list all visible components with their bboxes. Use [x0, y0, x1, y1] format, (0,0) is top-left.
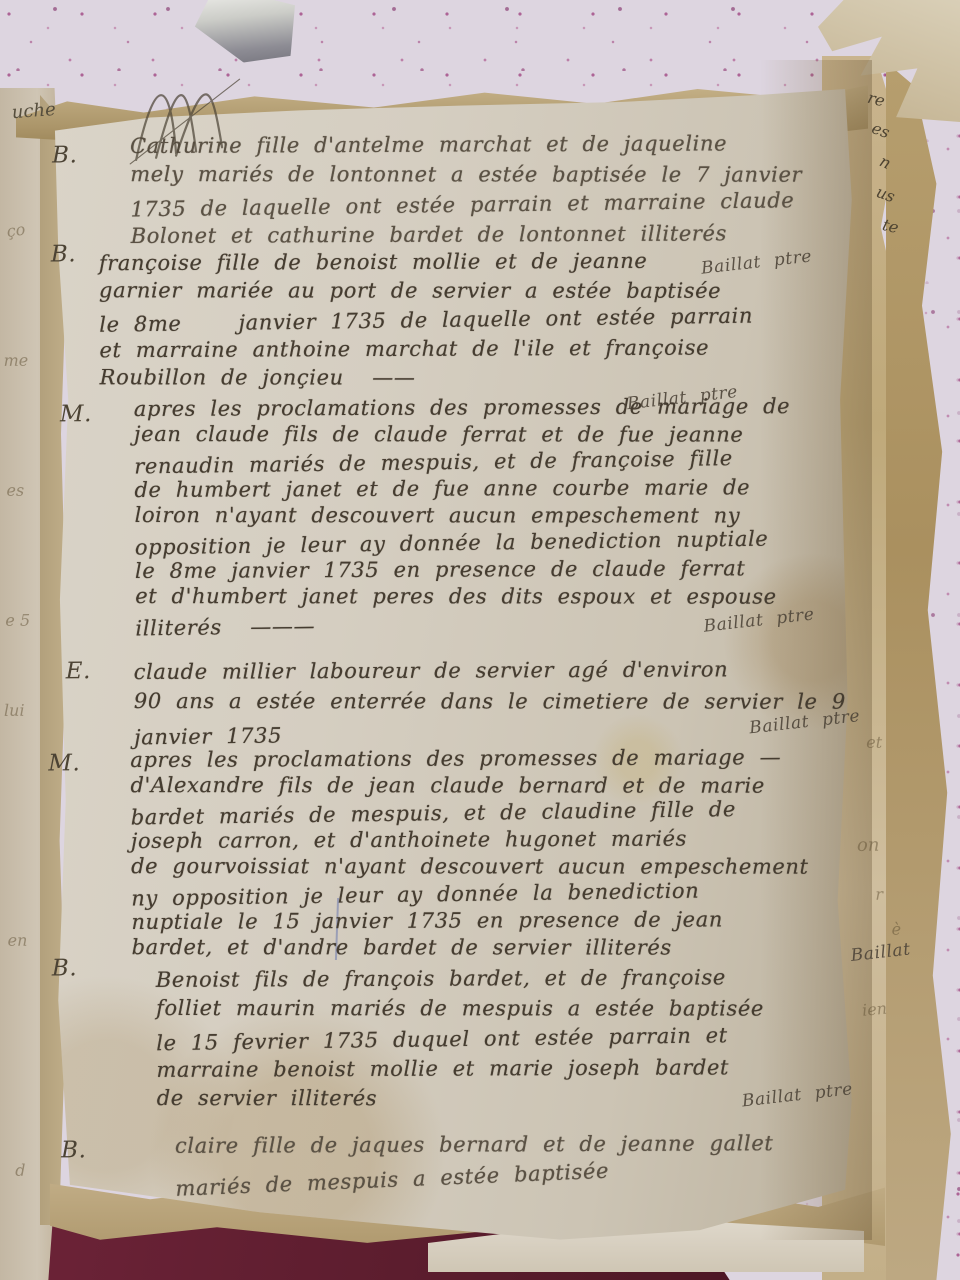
register-entry: M. apres les proclamations des promesses…	[134, 392, 866, 640]
edge-text-fragment: et	[866, 733, 882, 752]
manuscript-photo: uche B. Cathurine fille d'antelme marcha…	[0, 0, 960, 1280]
edge-text-fragment: es	[869, 118, 892, 142]
entry-line: françoise fille de benoist mollie et de …	[99, 246, 829, 278]
register-entry: M. apres les proclamations des promesses…	[130, 743, 861, 964]
margin-letter: B.	[61, 1135, 87, 1166]
edge-text-fragment: è	[891, 920, 901, 939]
page-corner-note: uche	[11, 99, 56, 123]
margin-letter: B.	[52, 140, 78, 170]
entry-line: joseph carron, et d'anthoinete hugonet m…	[131, 825, 861, 855]
entry-line: le 8me janvier 1735 en presence de claud…	[135, 555, 865, 585]
register-entry: B. françoise fille de benoist mollie et …	[99, 245, 830, 395]
edge-text-fragment: ço	[5, 219, 26, 241]
edge-text-fragment: d	[15, 1161, 25, 1180]
edge-text-fragment: n	[877, 151, 894, 173]
edge-text-fragment: es	[6, 481, 24, 500]
margin-letter: B.	[51, 240, 77, 269]
priest-signature: Baillat	[849, 936, 912, 970]
register-entry: B. claire fille de jaques bernard et de …	[175, 1127, 815, 1193]
edge-text-fragment: te	[880, 215, 900, 237]
register-entry: E. claude millier laboureur de servier a…	[134, 653, 865, 751]
edge-text-fragment: re	[866, 88, 887, 111]
handwriting-layer: uche B. Cathurine fille d'antelme marcha…	[0, 0, 960, 1280]
entry-line: nuptiale le 15 janvier 1735 en presence …	[131, 906, 861, 936]
margin-letter: E.	[66, 656, 92, 687]
entry-line: bardet, et d'andre bardet de servier ill…	[132, 934, 862, 962]
entry-line: apres les proclamations des promesses de…	[134, 393, 864, 423]
edge-text-fragment: us	[874, 182, 898, 206]
entry-line: claude millier laboureur de servier agé …	[134, 654, 864, 688]
margin-letter: B.	[52, 953, 78, 983]
entry-line: et marraine anthoine marchat de l'ile et…	[99, 333, 829, 365]
edge-text-fragment: e 5	[5, 611, 30, 630]
margin-letter: M.	[48, 750, 80, 777]
entry-line: de humbert janet et de fue anne courbe m…	[134, 474, 864, 504]
ink-flourish	[125, 57, 246, 168]
register-entry: B. Benoist fils de françois bardet, et d…	[156, 961, 857, 1116]
edge-text-fragment: lui	[4, 701, 25, 720]
entry-line: Benoist fils de françois bardet, et de f…	[156, 962, 856, 995]
margin-letter: M.	[60, 401, 92, 428]
edge-text-fragment: ien	[861, 999, 888, 1020]
entry-line: apres les proclamations des promesses de…	[130, 744, 860, 774]
entry-line: marraine benoist mollie et marie joseph …	[156, 1052, 856, 1085]
edge-text-fragment: r	[875, 885, 883, 904]
edge-text-fragment: en	[8, 931, 28, 950]
edge-text-fragment: me	[3, 351, 28, 370]
edge-text-fragment: on	[857, 835, 880, 856]
